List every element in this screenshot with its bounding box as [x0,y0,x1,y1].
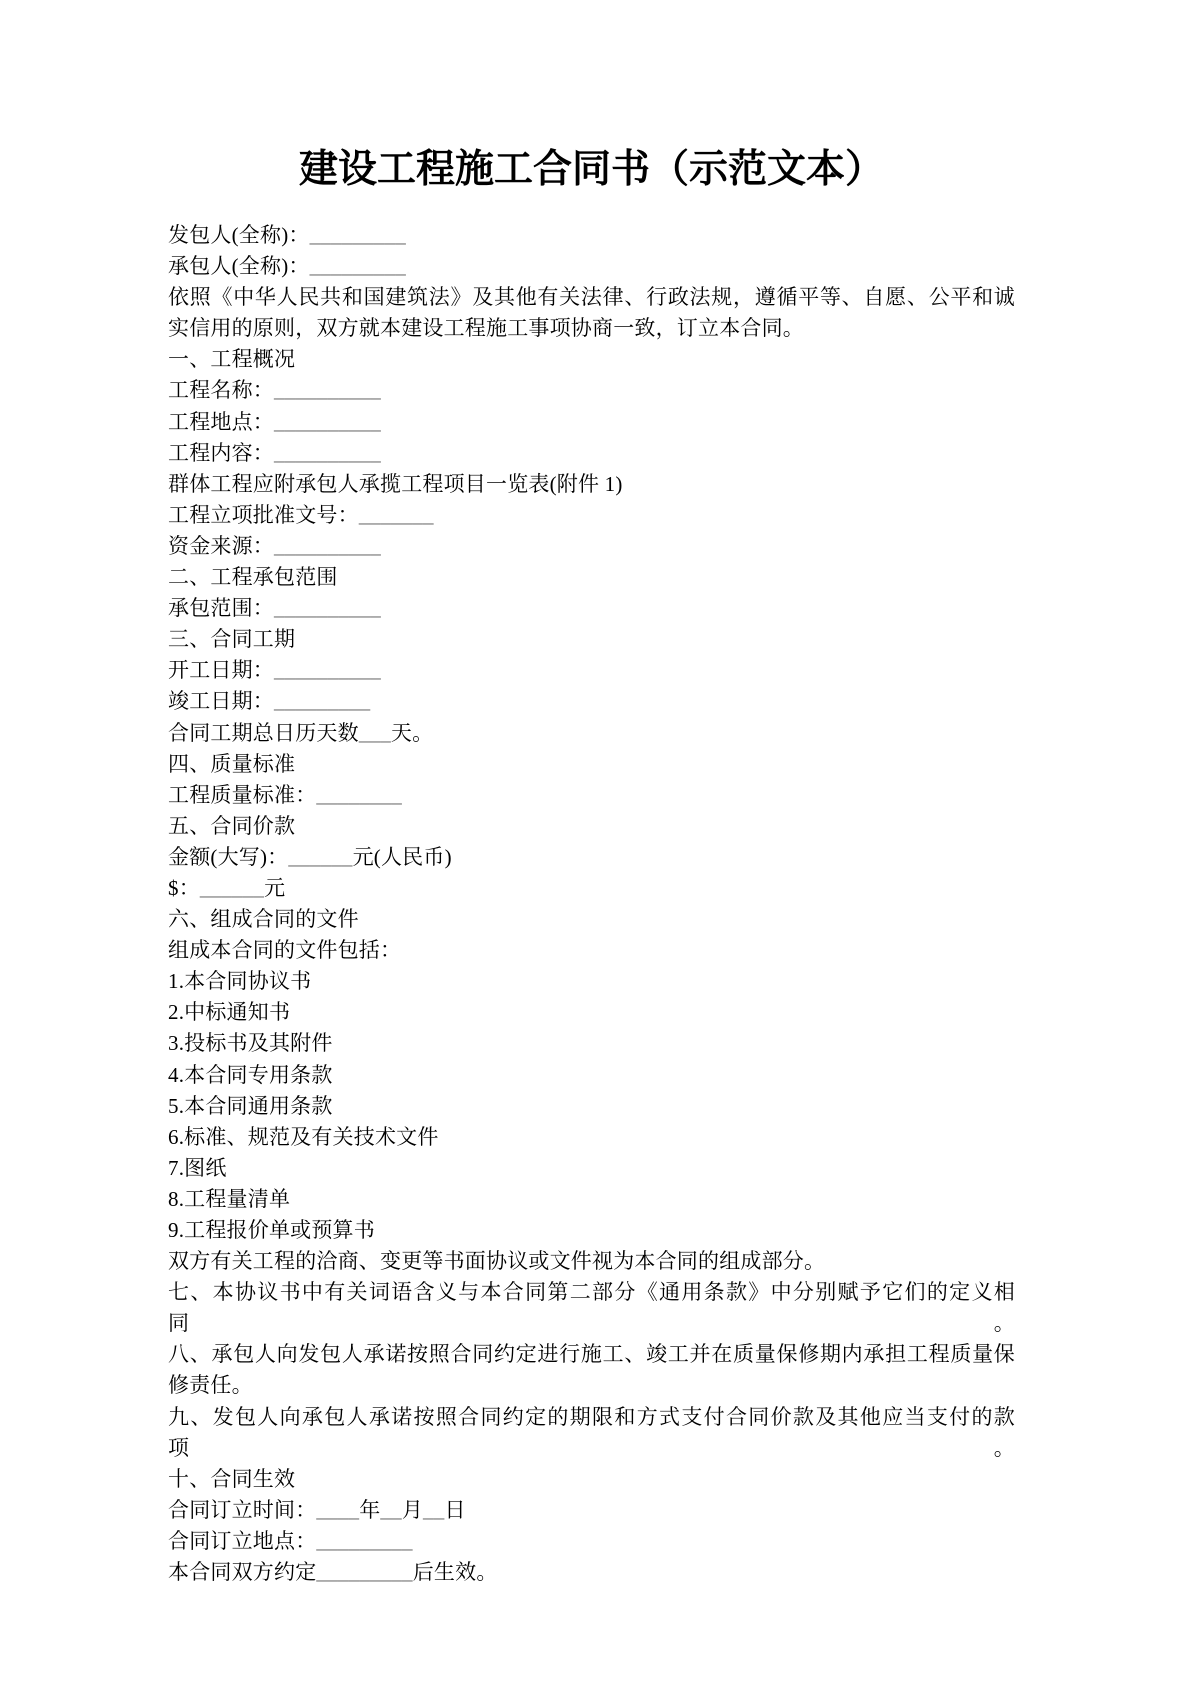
blank-underline: __________ [274,596,381,620]
document-body: 发包人(全称)：_________承包人(全称)：_________依照《中华人… [168,220,1015,1588]
blank-underline: _______ [359,503,434,527]
document-line: 开工日期：__________ [168,655,1015,686]
blank-underline: ______ [288,845,352,869]
document-line: 群体工程应附承包人承揽工程项目一览表(附件 1) [168,469,1015,500]
document-line: 五、合同价款 [168,811,1015,842]
document-line: 合同订立时间：____年__月__日 [168,1495,1015,1526]
document-line: 二、工程承包范围 [168,562,1015,593]
blank-underline: _________ [310,254,406,278]
document-title: 建设工程施工合同书（示范文本） [168,146,1015,194]
document-line: 工程质量标准：________ [168,780,1015,811]
document-line: 工程名称：__________ [168,375,1015,406]
blank-underline: ___ [359,721,391,745]
document-line: 7.图纸 [168,1153,1015,1184]
blank-underline: __________ [274,441,381,465]
document-line: 2.中标通知书 [168,997,1015,1028]
document-line: 一、工程概况 [168,344,1015,375]
document-line: 3.投标书及其附件 [168,1028,1015,1059]
document-line: 双方有关工程的洽商、变更等书面协议或文件视为本合同的组成部分。 [168,1246,1015,1277]
document-line: 工程内容：__________ [168,438,1015,469]
document-line: 十、合同生效 [168,1464,1015,1495]
document-line: 四、质量标准 [168,749,1015,780]
blank-underline: ________ [316,783,402,807]
document-line: 9.工程报价单或预算书 [168,1215,1015,1246]
document-content: 建设工程施工合同书（示范文本） 发包人(全称)：_________承包人(全称)… [168,146,1015,1588]
document-line: 修责任。 [168,1370,1015,1401]
blank-underline: __________ [274,378,381,402]
blank-underline: __________ [274,410,381,434]
document-line: 承包范围：__________ [168,593,1015,624]
blank-underline: __ [423,1498,444,1522]
document-line: 资金来源：__________ [168,531,1015,562]
document-line: $：______元 [168,873,1015,904]
blank-underline: __ [380,1498,401,1522]
document-line: 金额(大写)：______元(人民币) [168,842,1015,873]
document-line: 1.本合同协议书 [168,966,1015,997]
document-line: 合同订立地点：_________ [168,1526,1015,1557]
document-line: 5.本合同通用条款 [168,1091,1015,1122]
document-line: 工程地点：__________ [168,407,1015,438]
document-line: 8.工程量清单 [168,1184,1015,1215]
document-line: 6.标准、规范及有关技术文件 [168,1122,1015,1153]
document-line: 依照《中华人民共和国建筑法》及其他有关法律、行政法规，遵循平等、自愿、公平和诚 [168,282,1015,313]
blank-underline: _________ [316,1529,412,1553]
document-line: 发包人(全称)：_________ [168,220,1015,251]
document-line: 承包人(全称)：_________ [168,251,1015,282]
document-line: 三、合同工期 [168,624,1015,655]
blank-underline: __________ [274,658,381,682]
document-line: 六、组成合同的文件 [168,904,1015,935]
document-line: 本合同双方约定_________后生效。 [168,1557,1015,1588]
document-line: 八、承包人向发包人承诺按照合同约定进行施工、竣工并在质量保修期内承担工程质量保 [168,1339,1015,1370]
blank-underline: __________ [274,534,381,558]
document-line: 七、本协议书中有关词语含义与本合同第二部分《通用条款》中分别赋予它们的定义相同。 [168,1277,1015,1339]
document-line: 工程立项批准文号：_______ [168,500,1015,531]
blank-underline: _________ [310,223,406,247]
document-line: 九、发包人向承包人承诺按照合同约定的期限和方式支付合同价款及其他应当支付的款项。 [168,1402,1015,1464]
document-line: 组成本合同的文件包括： [168,935,1015,966]
blank-underline: ______ [200,876,264,900]
blank-underline: _________ [274,689,370,713]
document-line: 实信用的原则，双方就本建设工程施工事项协商一致，订立本合同。 [168,313,1015,344]
contract-document-page: 建设工程施工合同书（示范文本） 发包人(全称)：_________承包人(全称)… [0,0,1190,1683]
document-line: 4.本合同专用条款 [168,1060,1015,1091]
document-line: 合同工期总日历天数___天。 [168,718,1015,749]
document-line: 竣工日期：_________ [168,686,1015,717]
blank-underline: _________ [316,1560,412,1584]
blank-underline: ____ [316,1498,359,1522]
